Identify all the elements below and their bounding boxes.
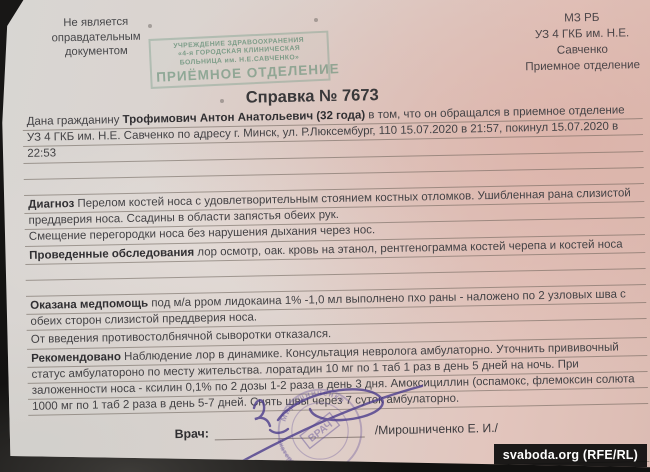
organization-line: УЗ 4 ГКБ им. Н.Е.	[521, 25, 643, 43]
field-text: 22:53	[27, 148, 56, 161]
punch-dot	[148, 24, 152, 28]
certificate-header: Не является оправдательным документом УЧ…	[20, 0, 642, 92]
disclaimer-note: Не является оправдательным документом	[35, 14, 158, 60]
punch-dot	[314, 18, 318, 22]
photo-background: Не является оправдательным документом УЧ…	[0, 0, 650, 472]
hospital-entry-stamp: УЧРЕЖДЕНИЕ ЗДРАВООХРАНЕНИЯ «4-я ГОРОДСКА…	[148, 31, 330, 89]
organization-block: МЗ РБ УЗ 4 ГКБ им. Н.Е. Савченко Приемно…	[521, 9, 644, 75]
punch-dot	[220, 99, 224, 103]
disclaimer-line: документом	[35, 43, 157, 60]
field-text: в том, что он обращался в приемное отдел…	[365, 104, 625, 121]
field-label: Диагноз	[28, 198, 77, 211]
watermark-badge: svaboda.org (RFE/RL)	[494, 444, 647, 467]
field-label: Оказана медпомощь	[30, 298, 151, 312]
field-text: обеих сторон слизистой преддверия носа.	[30, 312, 257, 328]
field-label: Рекомендовано	[31, 351, 124, 365]
handwritten-signature-icon	[222, 374, 440, 472]
disclaimer-line: оправдательным	[35, 29, 157, 46]
certificate-body: Дана гражданину Трофимович Антон Анатоль…	[23, 103, 649, 416]
field-label: Проведенные обследования	[29, 246, 197, 261]
doctor-label: Врач:	[175, 427, 209, 442]
field-label: Трофимович Антон Анатольевич (32 года)	[123, 109, 366, 126]
field-text: От введения противостолбнячной сыворотки…	[31, 329, 332, 347]
section-intro: Дана гражданину Трофимович Антон Анатоль…	[23, 103, 644, 196]
field-text: Дана гражданину	[27, 114, 123, 128]
organization-line: Приемное отделение	[522, 57, 644, 75]
certificate-paper: Не является оправдательным документом УЧ…	[0, 0, 650, 472]
